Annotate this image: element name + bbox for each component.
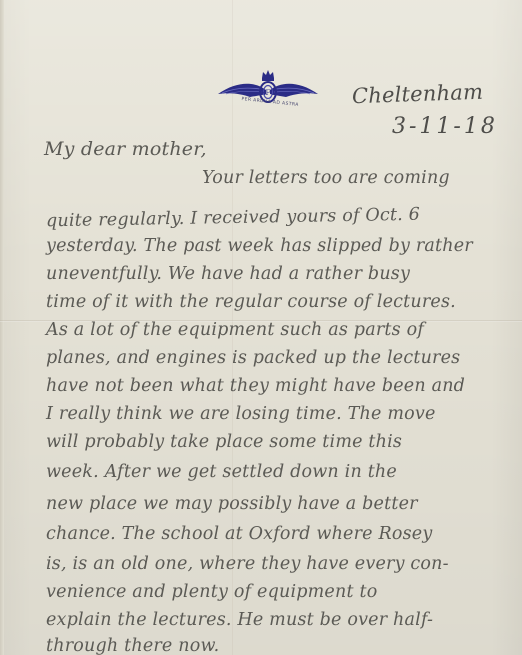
letter-line: new place we may possibly have a better [46,494,418,514]
letter-salutation: My dear mother, [44,138,207,160]
letter-line: yesterday. The past week has slipped by … [46,236,473,256]
letter-line: I really think we are losing time. The m… [46,404,436,424]
letter-page: RFC PER ARDUA AD ASTRA Cheltenham 3-11-1… [0,0,522,655]
letter-line: chance. The school at Oxford where Rosey [46,524,432,544]
letter-place: Cheltenham [352,80,484,109]
letter-line: uneventfully. We have had a rather busy [46,264,410,284]
letter-line: Your letters too are coming [202,168,450,188]
letter-line: have not been what they might have been … [46,376,465,396]
letter-line: time of it with the regular course of le… [46,292,456,312]
svg-text:RFC: RFC [260,89,275,97]
letter-line: planes, and engines is packed up the lec… [46,348,460,368]
letter-line: will probably take place some time this [46,432,402,452]
letter-line: is, is an old one, where they have every… [46,554,449,574]
letter-line: through there now. [46,636,219,655]
letter-line: quite regularly. I received yours of Oct… [46,205,420,232]
letter-line: venience and plenty of equipment to [46,582,377,602]
paper-edge [0,0,4,655]
letter-line: week. After we get settled down in the [46,462,397,482]
letter-date: 3-11-18 [392,114,498,139]
letter-line: explain the lectures. He must be over ha… [46,610,433,630]
letter-line: As a lot of the equipment such as parts … [46,320,424,340]
